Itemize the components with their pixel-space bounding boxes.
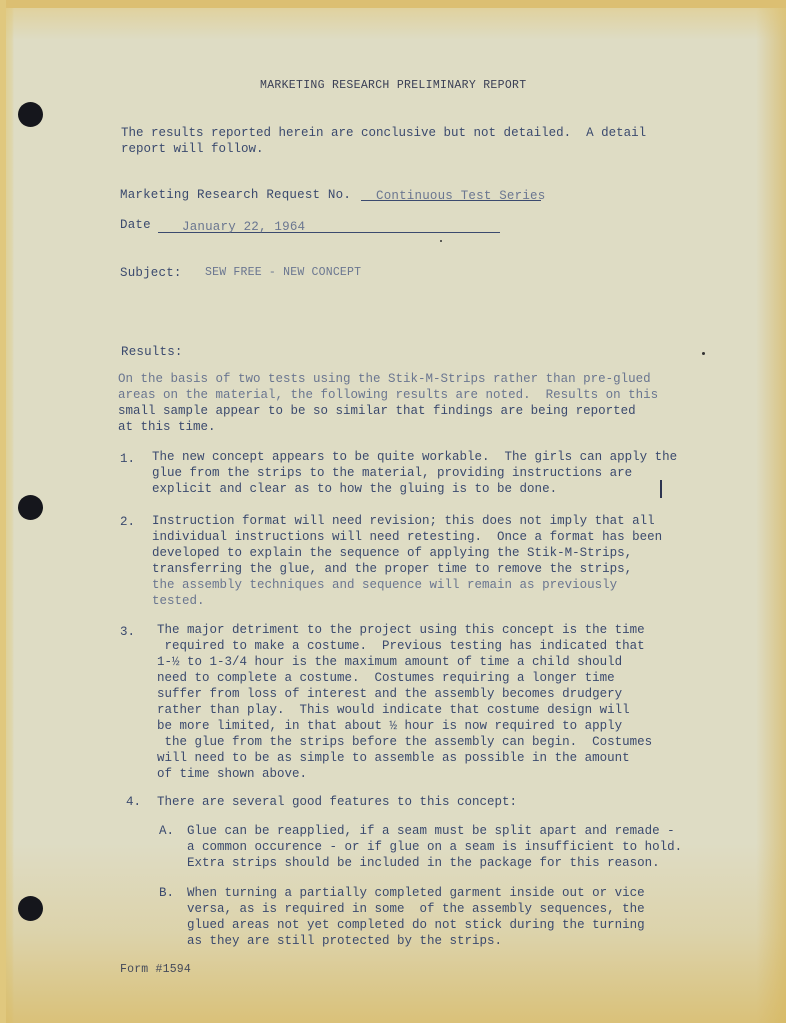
item-2-paragraph: Instruction format will need revision; t… bbox=[152, 513, 662, 609]
subitem-line: glued areas not yet completed do not sti… bbox=[187, 917, 645, 933]
item-line: of time shown above. bbox=[157, 766, 652, 782]
subitem-letter: B. bbox=[159, 885, 174, 901]
subitem-line: Glue can be reapplied, if a seam must be… bbox=[187, 823, 682, 839]
request-label: Marketing Research Request No. bbox=[120, 187, 351, 203]
item-line: tested. bbox=[152, 593, 662, 609]
intro-paragraph: The results reported herein are conclusi… bbox=[121, 125, 646, 157]
item-3-paragraph: The major detriment to the project using… bbox=[157, 622, 652, 782]
subject-label: Subject: bbox=[120, 265, 182, 281]
item-line: rather than play. This would indicate th… bbox=[157, 702, 652, 718]
item-line: transferring the glue, and the proper ti… bbox=[152, 561, 662, 577]
request-value: Continuous Test Series bbox=[376, 188, 545, 204]
document-title: MARKETING RESEARCH PRELIMINARY REPORT bbox=[260, 78, 526, 94]
punch-hole-icon bbox=[18, 896, 43, 921]
item-line: The major detriment to the project using… bbox=[157, 622, 652, 638]
paper-edge-top bbox=[0, 0, 786, 8]
item-number: 1. bbox=[120, 451, 135, 467]
subitem-a-paragraph: Glue can be reapplied, if a seam must be… bbox=[187, 823, 682, 871]
item-line: the glue from the strips before the asse… bbox=[157, 734, 652, 750]
item-number: 3. bbox=[120, 624, 135, 640]
item-line: The new concept appears to be quite work… bbox=[152, 449, 677, 465]
item-line: need to complete a costume. Costumes req… bbox=[157, 670, 652, 686]
date-value: January 22, 1964 bbox=[182, 219, 305, 235]
results-heading: Results: bbox=[121, 344, 183, 360]
item-1-paragraph: The new concept appears to be quite work… bbox=[152, 449, 677, 497]
speck bbox=[440, 240, 442, 242]
results-intro-line: On the basis of two tests using the Stik… bbox=[118, 371, 658, 387]
subitem-line: a common occurence - or if glue on a sea… bbox=[187, 839, 682, 855]
subject-value: SEW FREE - NEW CONCEPT bbox=[205, 265, 361, 281]
paper-edge-left bbox=[0, 0, 6, 1023]
item-line: Instruction format will need revision; t… bbox=[152, 513, 662, 529]
date-label: Date bbox=[120, 217, 151, 233]
item-line: explicit and clear as to how the gluing … bbox=[152, 481, 677, 497]
results-intro-line: at this time. bbox=[118, 419, 658, 435]
punch-hole-icon bbox=[18, 102, 43, 127]
document-page: MARKETING RESEARCH PRELIMINARY REPORT Th… bbox=[0, 0, 786, 1023]
item-number: 2. bbox=[120, 514, 135, 530]
results-intro-paragraph: On the basis of two tests using the Stik… bbox=[118, 371, 658, 435]
item-line: 1-½ to 1-3/4 hour is the maximum amount … bbox=[157, 654, 652, 670]
subitem-line: versa, as is required in some of the ass… bbox=[187, 901, 645, 917]
item-line: required to make a costume. Previous tes… bbox=[157, 638, 652, 654]
subitem-line: as they are still protected by the strip… bbox=[187, 933, 645, 949]
item-4-paragraph: There are several good features to this … bbox=[157, 794, 517, 810]
results-intro-line: areas on the material, the following res… bbox=[118, 387, 658, 403]
speck bbox=[702, 352, 705, 355]
subitem-b-paragraph: When turning a partially completed garme… bbox=[187, 885, 645, 949]
intro-line: report will follow. bbox=[121, 141, 646, 157]
item-line: individual instructions will need retest… bbox=[152, 529, 662, 545]
pen-mark bbox=[660, 480, 662, 498]
subitem-line: When turning a partially completed garme… bbox=[187, 885, 645, 901]
subitem-line: Extra strips should be included in the p… bbox=[187, 855, 682, 871]
item-line: will need to be as simple to assemble as… bbox=[157, 750, 652, 766]
item-line: be more limited, in that about ½ hour is… bbox=[157, 718, 652, 734]
item-line: developed to explain the sequence of app… bbox=[152, 545, 662, 561]
form-number: Form #1594 bbox=[120, 962, 191, 978]
punch-hole-icon bbox=[18, 495, 43, 520]
item-line: There are several good features to this … bbox=[157, 794, 517, 810]
item-line: glue from the strips to the material, pr… bbox=[152, 465, 677, 481]
item-line: the assembly techniques and sequence wil… bbox=[152, 577, 662, 593]
results-intro-line: small sample appear to be so similar tha… bbox=[118, 403, 658, 419]
intro-line: The results reported herein are conclusi… bbox=[121, 125, 646, 141]
item-number: 4. bbox=[126, 794, 141, 810]
item-line: suffer from loss of interest and the ass… bbox=[157, 686, 652, 702]
subitem-letter: A. bbox=[159, 823, 174, 839]
